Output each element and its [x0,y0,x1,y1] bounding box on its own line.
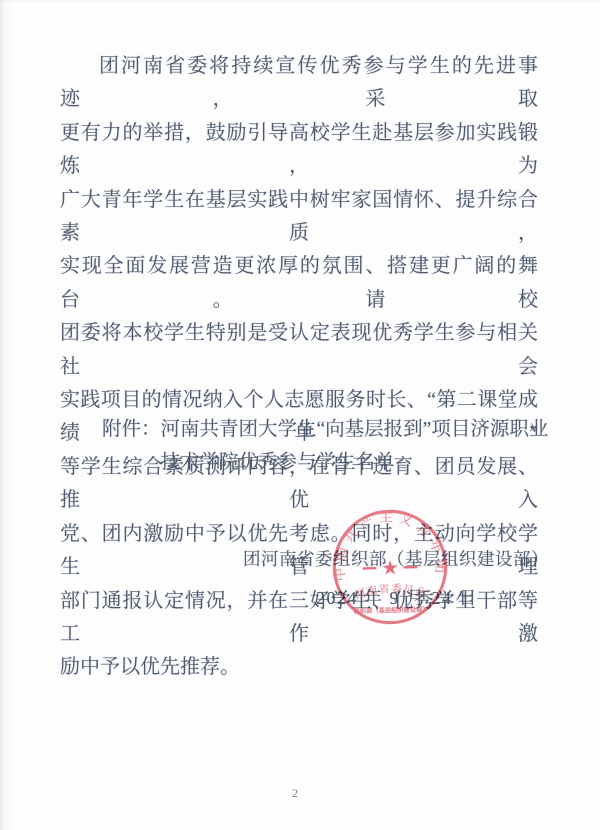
attachment-line: 技术学院优秀参与学生名单 [161,446,549,479]
attachment-line: 河南共青团大学生“向基层报到”项目济源职业 [161,413,549,446]
attachment-text: 河南共青团大学生“向基层报到”项目济源职业 技术学院优秀参与学生名单 [161,413,549,479]
paragraph-line: 更有力的举措，鼓励引导高校学生赴基层参加实践锻炼，为 [60,117,538,184]
document-page: 团河南省委将持续宣传优秀参与学生的先进事迹，采取 更有力的举措，鼓励引导高校学生… [0,0,600,830]
page-number: 2 [0,786,590,801]
paragraph-line: 团河南省委将持续宣传优秀参与学生的先进事迹，采取 [60,50,538,117]
seal-graphic: 中国共产主义青年团 河南省委员会 ★ 组织部（基层组织建设部） [327,504,452,629]
paragraph-line: 团委将本校学生特别是受认定表现优秀学生参与相关社会 [60,317,538,384]
paragraph-line: 实现全面发展营造更浓厚的氛围、搭建更广阔的舞台。请校 [60,250,538,317]
star-icon: ★ [381,557,399,579]
seal-arc-bottom-text: 河南省委员会 [353,580,429,602]
paragraph-line: 广大青年学生在基层实践中树牢家国情怀、提升综合素质， [60,184,538,251]
official-seal: 中国共产主义青年团 河南省委员会 ★ 组织部（基层组织建设部） [327,504,452,629]
paragraph-line: 励中予以优先推荐。 [60,651,538,684]
attachment-label: 附件： [102,413,161,479]
attachment-note: 附件： 河南共青团大学生“向基层报到”项目济源职业 技术学院优秀参与学生名单 [102,413,548,479]
